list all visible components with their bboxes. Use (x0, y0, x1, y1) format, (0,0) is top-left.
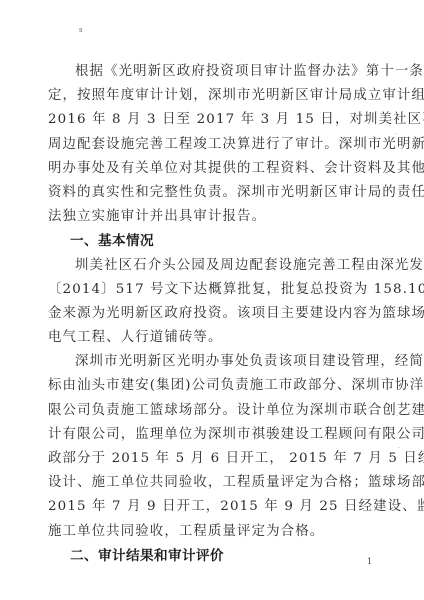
text-line: 圳美社区石介头公园及周边配套设施完善工程由深光发财 (48, 254, 372, 278)
text-line: 2016 年 8 月 3 日至 2017 年 3 月 15 日，对圳美社区石介头… (48, 108, 372, 132)
text-line: 周边配套设施完善工程竣工决算进行了审计。深圳市光明新区光 (48, 133, 372, 157)
text-line: 2015 年 7 月 9 日开工，2015 年 9 月 25 日经建设、监理、设… (48, 495, 372, 519)
scan-speck (398, 447, 400, 448)
text-line: 计有限公司，监理单位为深圳市祺骏建设工程顾问有限公司。市 (48, 423, 372, 447)
paragraph-intro: 根据《光明新区政府投资项目审计监督办法》第十一条的规 定，按照年度审计计划，深圳… (48, 60, 372, 229)
text-line: 定，按照年度审计计划，深圳市光明新区审计局成立审计组，自 (48, 84, 372, 108)
document-page: 根据《光明新区政府投资项目审计监督办法》第十一条的规 定，按照年度审计计划，深圳… (48, 60, 372, 568)
text-line: 法独立实施审计并出具审计报告。 (48, 205, 372, 229)
paragraph-construction: 深圳市光明新区光明办事处负责该项目建设管理，经简易招 标由汕头市建安(集团)公司… (48, 350, 372, 544)
text-line: 〔2014〕517 号文下达概算批复，批复总投资为 158.10 万元，资 (48, 278, 372, 302)
text-line: 深圳市光明新区光明办事处负责该项目建设管理，经简易招 (48, 350, 372, 374)
text-line: 根据《光明新区政府投资项目审计监督办法》第十一条的规 (48, 60, 372, 84)
text-line: 资料的真实性和完整性负责。深圳市光明新区审计局的责任是依 (48, 181, 372, 205)
text-line: 设计、施工单位共同验收，工程质量评定为合格；篮球场部分于 (48, 471, 372, 495)
text-line: 限公司负责施工篮球场部分。设计单位为深圳市联合创艺建筑设 (48, 399, 372, 423)
page-number: 1 (367, 557, 372, 566)
scan-speck (395, 133, 397, 134)
text-line: 政部分于 2015 年 5 月 6 日开工， 2015 年 7 月 5 日经建设… (48, 447, 372, 471)
text-line: 金来源为光明新区政府投资。该项目主要建设内容为篮球场工程、 (48, 302, 372, 326)
scan-speck (396, 415, 398, 416)
section-heading-basic-info: 一、基本情况 (48, 229, 372, 253)
text-line: 标由汕头市建安(集团)公司负责施工市政部分、深圳市协洋实业有 (48, 374, 372, 398)
section-heading-audit-results: 二、审计结果和审计评价 (48, 544, 372, 568)
paragraph-project-approval: 圳美社区石介头公园及周边配套设施完善工程由深光发财 〔2014〕517 号文下达… (48, 254, 372, 351)
text-line: 明办事处及有关单位对其提供的工程资料、会计资料及其他相关 (48, 157, 372, 181)
scan-mark: s (79, 26, 83, 34)
text-line: 施工单位共同验收，工程质量评定为合格。 (48, 520, 372, 544)
text-line: 电气工程、人行道铺砖等。 (48, 326, 372, 350)
